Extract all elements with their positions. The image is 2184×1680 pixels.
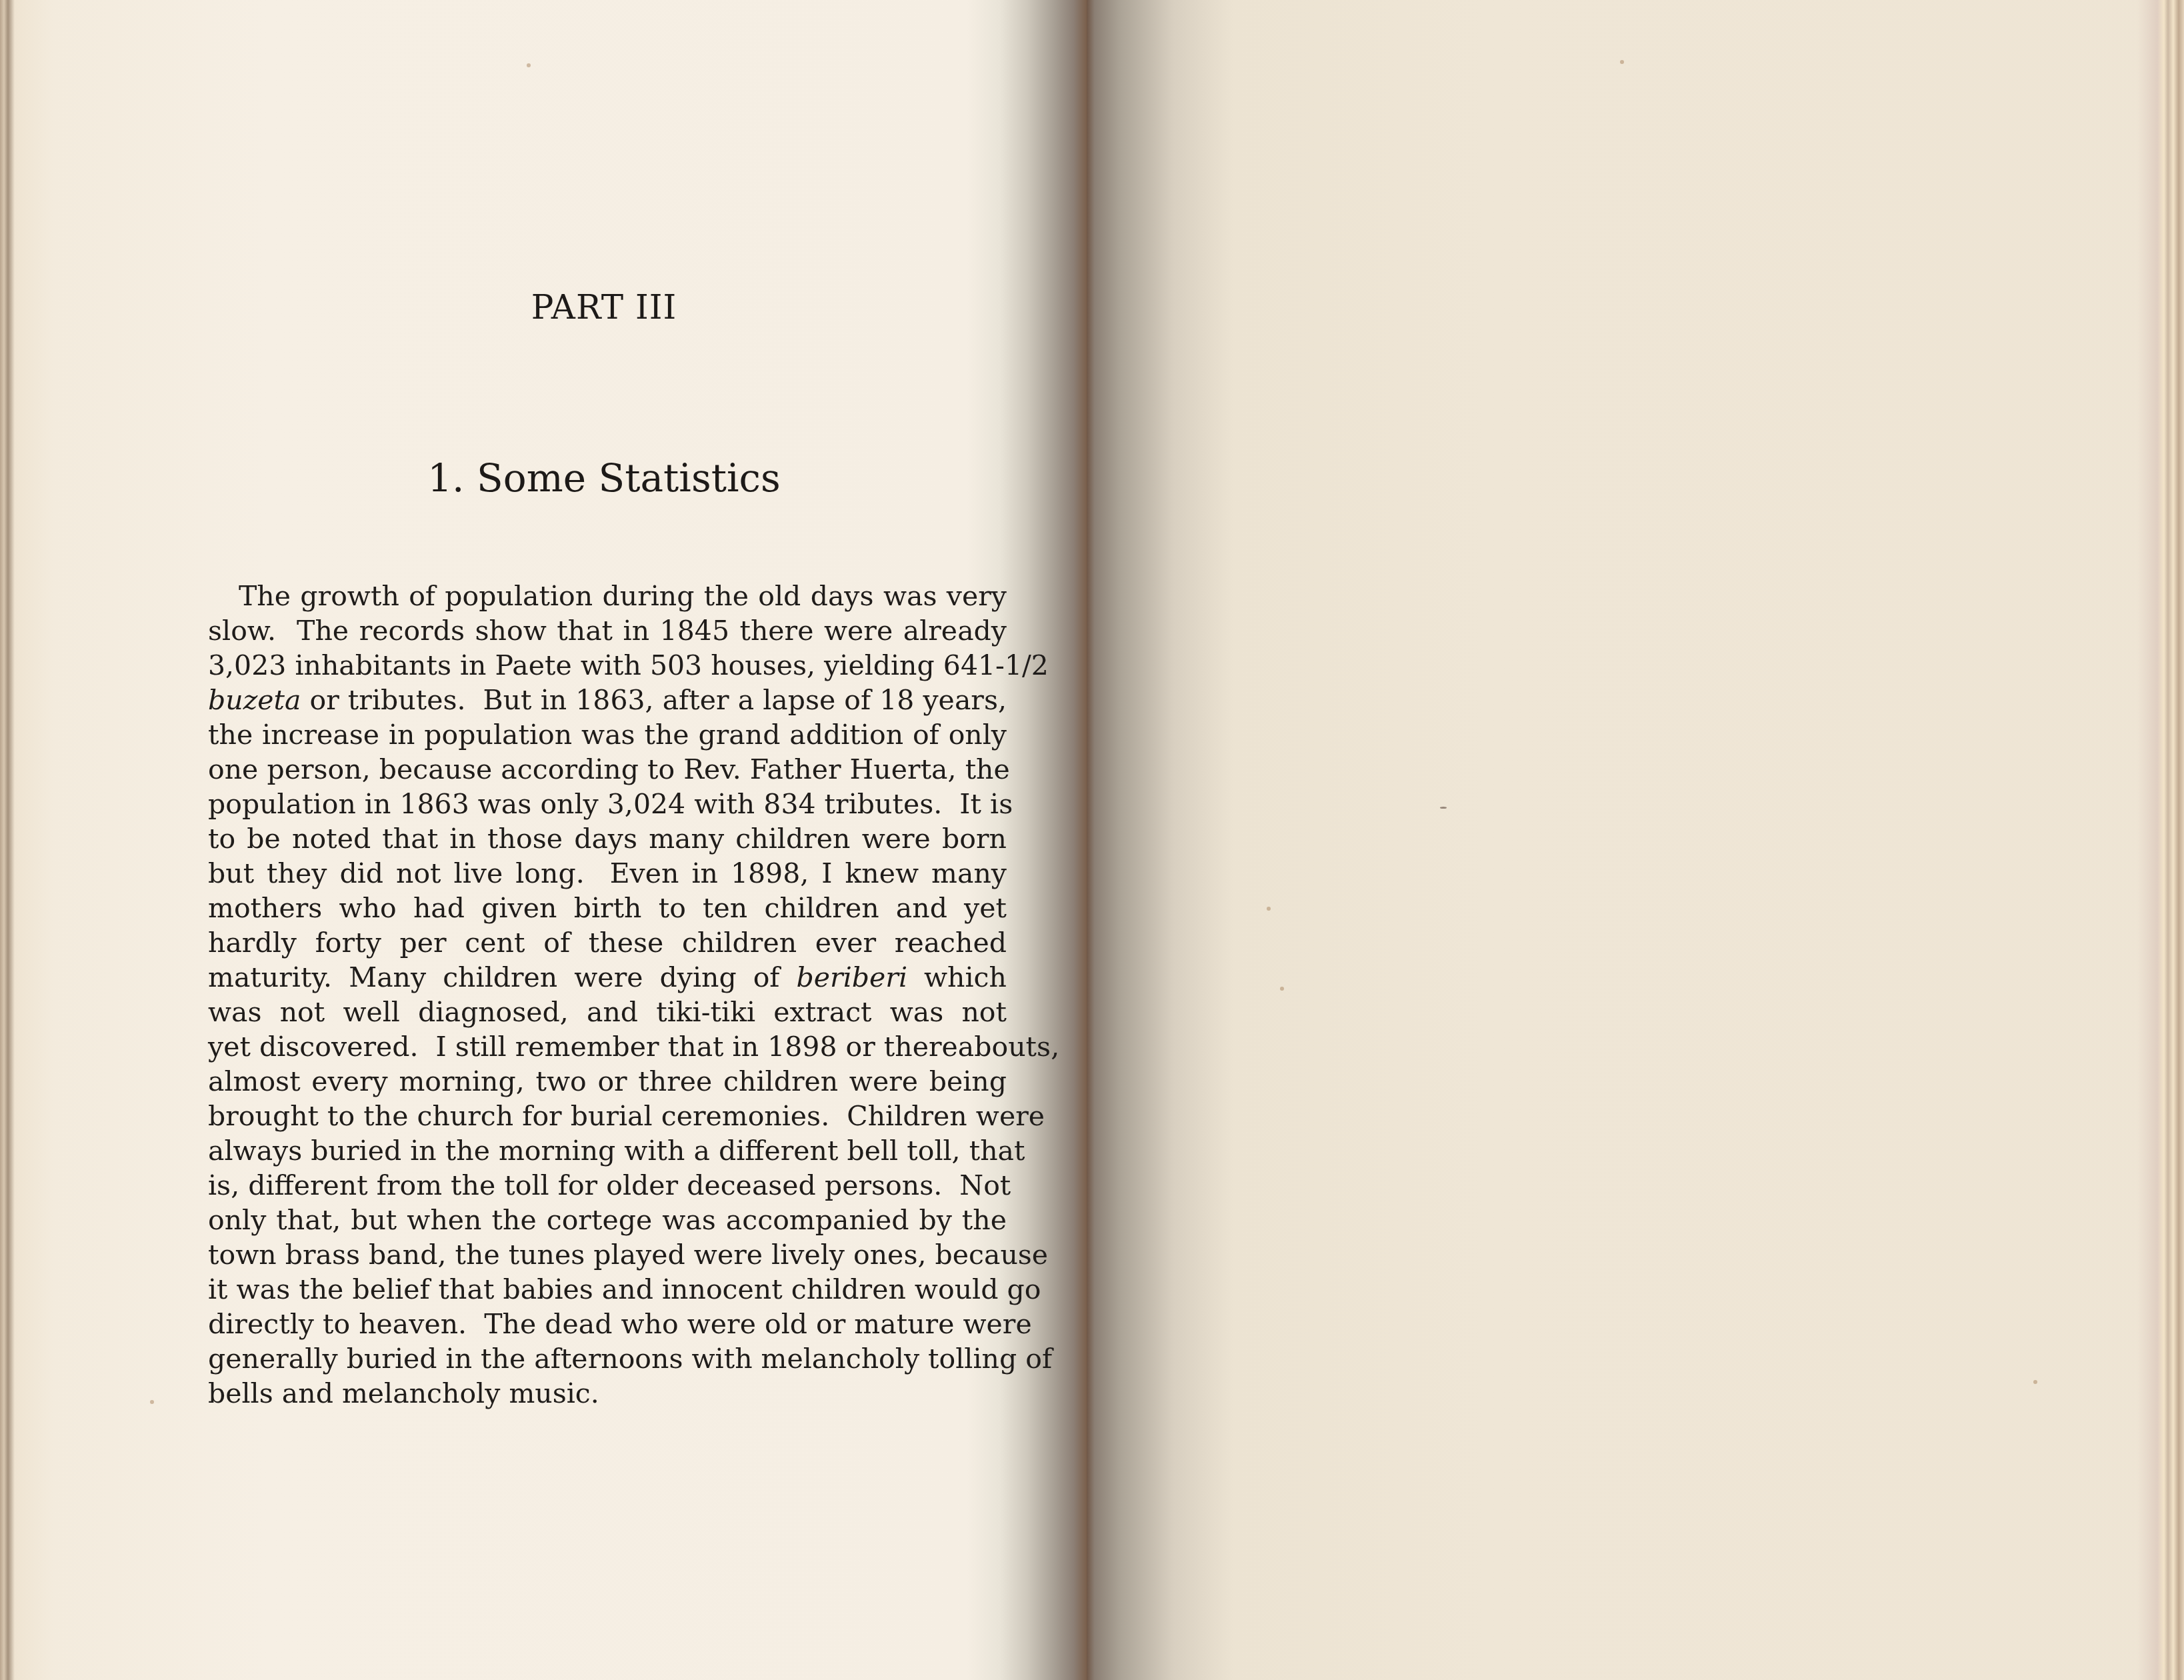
- paper-speck: [150, 1400, 154, 1404]
- text-line: slow. The records show that in 1845 ther…: [208, 613, 1007, 648]
- italic-term: beriberi: [797, 961, 907, 993]
- text-line: buzeta or tributes. But in 1863, after a…: [208, 683, 1007, 717]
- paper-speck: [1440, 807, 1447, 809]
- text-line: hardly forty per cent of these children …: [208, 925, 1007, 960]
- paper-speck: [1267, 907, 1271, 911]
- text-line: bells and melancholy music.: [208, 1376, 1007, 1411]
- text-line: maturity. Many children were dying of be…: [208, 960, 1007, 995]
- text-line: generally buried in the afternoons with …: [208, 1341, 1007, 1376]
- text-line: always buried in the morning with a diff…: [208, 1133, 1007, 1168]
- text-line: mothers who had given birth to ten child…: [208, 891, 1007, 925]
- text-line: population in 1863 was only 3,024 with 8…: [208, 787, 1007, 821]
- chapter-title: 1. Some Statistics: [0, 455, 1208, 501]
- text-line: was not well diagnosed, and tiki-tiki ex…: [208, 995, 1007, 1029]
- book-spread: PART III 1. Some Statistics The growth o…: [0, 0, 2184, 1680]
- part-title: PART III: [0, 288, 1208, 327]
- text-line: but they did not live long. Even in 1898…: [208, 856, 1007, 891]
- paper-speck: [2033, 1380, 2037, 1384]
- right-page: [1087, 0, 2184, 1680]
- body-paragraph: The growth of population during the old …: [208, 579, 1007, 1411]
- text-line: one person, because according to Rev. Fa…: [208, 752, 1007, 787]
- text-line: The growth of population during the old …: [208, 579, 1007, 613]
- text-line: almost every morning, two or three child…: [208, 1064, 1007, 1099]
- text-line: 3,023 inhabitants in Paete with 503 hous…: [208, 648, 1007, 683]
- text-line: only that, but when the cortege was acco…: [208, 1203, 1007, 1237]
- left-page: PART III 1. Some Statistics The growth o…: [0, 0, 1087, 1680]
- text-line: directly to heaven. The dead who were ol…: [208, 1307, 1007, 1341]
- text-line: to be noted that in those days many chil…: [208, 821, 1007, 856]
- paper-speck: [1280, 987, 1284, 991]
- text-line: the increase in population was the grand…: [208, 717, 1007, 752]
- text-line: yet discovered. I still remember that in…: [208, 1029, 1007, 1064]
- text-line: town brass band, the tunes played were l…: [208, 1237, 1007, 1272]
- text-line: is, different from the toll for older de…: [208, 1168, 1007, 1203]
- paper-speck: [527, 63, 531, 67]
- text-line: it was the belief that babies and innoce…: [208, 1272, 1007, 1307]
- paper-speck: [1620, 60, 1624, 64]
- text-line: brought to the church for burial ceremon…: [208, 1099, 1007, 1133]
- italic-term: buzeta: [208, 684, 301, 716]
